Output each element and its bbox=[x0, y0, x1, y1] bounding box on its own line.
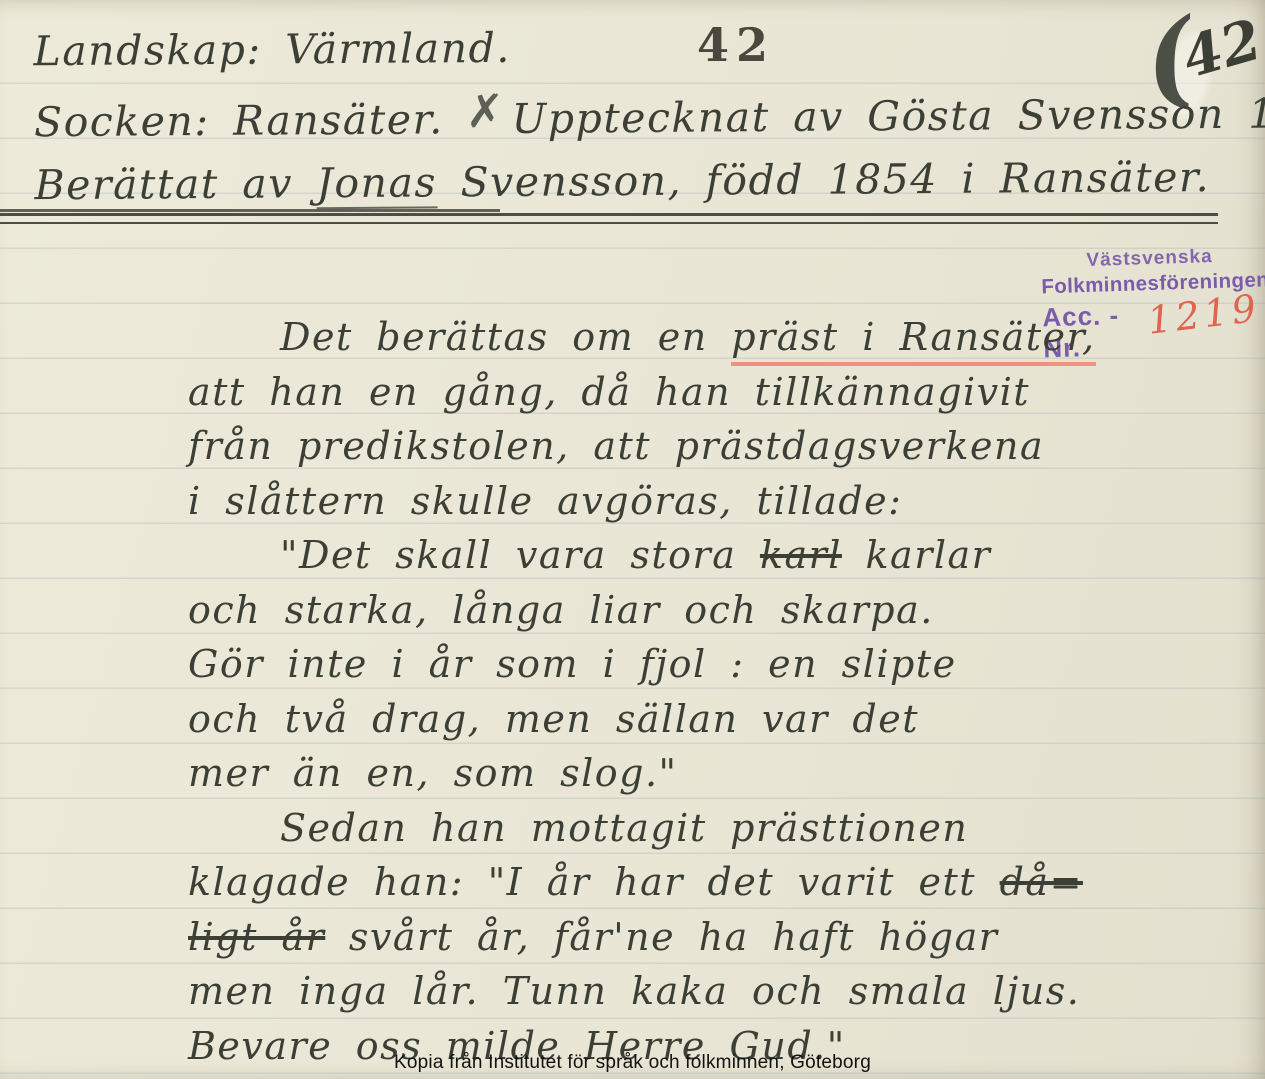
handwritten-line: Berättat av Jonas Svensson, född 1854 i … bbox=[34, 146, 1234, 217]
handwritten-line: klagade han: "I år har det varit ett då= bbox=[188, 855, 1108, 910]
handwritten-segment-strike: då= bbox=[1000, 860, 1083, 904]
handwritten-segment: mer än en, som slog." bbox=[188, 751, 678, 795]
handwritten-segment: men inga lår. Tunn kaka och smala ljus. bbox=[188, 969, 1080, 1013]
accession-number-value: 1219 bbox=[1146, 291, 1262, 338]
handwritten-line: mer än en, som slog." bbox=[188, 746, 1108, 801]
handwritten-line: Socken: Ransäter.✗Upptecknat av Gösta Sv… bbox=[34, 75, 1234, 154]
handwritten-line: "Det skall vara stora karl karlar bbox=[188, 528, 1108, 583]
header-rule-overlap bbox=[0, 209, 500, 212]
header-rule bbox=[0, 213, 1218, 224]
handwritten-line: från predikstolen, att prästdagsverkena bbox=[188, 419, 1108, 474]
handwritten-line: Landskap: Värmland. bbox=[33, 12, 1233, 83]
handwritten-segment: karlar bbox=[842, 533, 991, 577]
handwritten-segment: klagade han: "I år har det varit ett bbox=[188, 860, 1000, 904]
handwritten-segment: "Det skall vara stora bbox=[280, 533, 760, 577]
handwritten-segment-underline: Jonas bbox=[316, 158, 437, 209]
handwritten-segment-xmark: ✗ bbox=[465, 84, 505, 138]
handwritten-line: i slåttern skulle avgöras, tillade: bbox=[188, 474, 1108, 529]
handwritten-segment: Svensson, född 1854 i Ransäter. bbox=[437, 153, 1210, 206]
header-block: Landskap: Värmland.Socken: Ransäter.✗Upp… bbox=[33, 12, 1234, 217]
handwritten-line: och två drag, men sällan var det bbox=[188, 692, 1108, 747]
body-text: Det berättas om en präst i Ransäter,att … bbox=[188, 310, 1108, 1073]
handwritten-segment: Det berättas om en bbox=[280, 315, 731, 359]
handwritten-segment-underline-red: präst i Ransäter, bbox=[731, 315, 1095, 366]
handwritten-line: ligt år svårt år, får'ne ha haft högar bbox=[188, 910, 1108, 965]
handwritten-line: men inga lår. Tunn kaka och smala ljus. bbox=[188, 964, 1108, 1019]
handwritten-segment: Sedan han mottagit prästtionen bbox=[280, 806, 968, 850]
handwritten-segment: och starka, långa liar och skarpa. bbox=[188, 588, 934, 632]
handwritten-line: Gör inte i år som i fjol : en slipte bbox=[188, 637, 1108, 692]
handwritten-segment: i slåttern skulle avgöras, tillade: bbox=[188, 479, 902, 523]
handwritten-segment: svårt år, får'ne ha haft högar bbox=[325, 915, 998, 959]
handwritten-segment: Socken: Ransäter. bbox=[34, 95, 444, 146]
footer-caption: Kopia från Institutet för språk och folk… bbox=[0, 1052, 1265, 1074]
handwritten-line: och starka, långa liar och skarpa. bbox=[188, 583, 1108, 638]
handwritten-segment-strike: ligt år bbox=[188, 915, 325, 959]
handwritten-segment: att han en gång, då han tillkännagivit bbox=[188, 370, 1030, 414]
manuscript-page-scan: 42 ( 42 Landskap: Värmland.Socken: Ransä… bbox=[0, 0, 1265, 1079]
handwritten-line: att han en gång, då han tillkännagivit bbox=[188, 365, 1108, 420]
handwritten-segment: Landskap: Värmland. bbox=[33, 24, 511, 75]
handwritten-segment: Gör inte i år som i fjol : en slipte bbox=[188, 642, 957, 686]
handwritten-segment: från predikstolen, att prästdagsverkena bbox=[188, 424, 1044, 468]
handwritten-segment: Berättat av bbox=[34, 159, 316, 209]
handwritten-segment-strike: karl bbox=[760, 533, 842, 577]
handwritten-line: Sedan han mottagit prästtionen bbox=[188, 801, 1108, 856]
handwritten-segment: och två drag, men sällan var det bbox=[188, 697, 919, 741]
handwritten-segment: Upptecknat av Gösta Svensson 1924. bbox=[512, 89, 1265, 143]
handwritten-line: Det berättas om en präst i Ransäter, bbox=[188, 310, 1108, 365]
